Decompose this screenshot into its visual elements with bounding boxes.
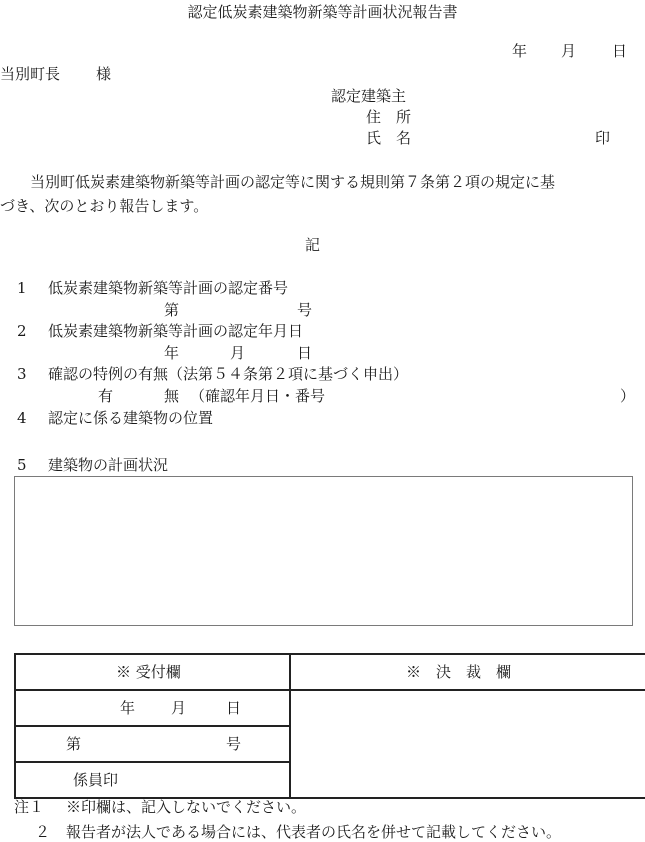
date-day: 日 — [612, 42, 627, 60]
reception-number-cell[interactable]: 第 号 — [15, 726, 290, 762]
item-3-yes: 有 — [98, 387, 113, 405]
item-5-label: 建築物の計画状況 — [48, 456, 168, 474]
item-3-no: 無 — [164, 387, 179, 405]
addressee-honorific: 様 — [96, 65, 111, 83]
item-2-year: 年 — [164, 344, 179, 362]
note-1-number: 注１ — [14, 798, 44, 816]
item-2-day: 日 — [297, 344, 312, 362]
reception-header: ※ 受付欄 — [116, 663, 181, 681]
reception-header-cell: ※ 受付欄 — [15, 654, 290, 690]
addressee-name: 当別町長 — [0, 65, 60, 83]
decision-header: ※ 決 裁 欄 — [406, 663, 511, 681]
item-5-number: 5 — [17, 456, 27, 474]
seal-mark: 印 — [595, 129, 610, 147]
item-1-label: 低炭素建築物新築等計画の認定番号 — [48, 279, 288, 297]
stamp-table: ※ 受付欄 ※ 決 裁 欄 年 月 日 第 号 係員印 — [14, 653, 645, 799]
item-1-number: 1 — [17, 279, 27, 297]
plan-status-box[interactable] — [14, 476, 633, 626]
decision-cell[interactable] — [290, 690, 645, 798]
reception-go: 号 — [226, 735, 241, 753]
item-3-number: 3 — [17, 365, 27, 383]
date-month: 月 — [561, 42, 576, 60]
item-3-close-paren: ） — [620, 387, 635, 405]
ki-heading: 記 — [305, 236, 320, 254]
applicant-label: 認定建築主 — [331, 87, 406, 105]
item-1-dai: 第 — [164, 301, 179, 319]
clerk-seal-label: 係員印 — [73, 771, 118, 789]
item-4-label: 認定に係る建築物の位置 — [48, 409, 213, 427]
reception-year: 年 — [120, 699, 135, 717]
note-1-text: ※印欄は、記入しないでください。 — [66, 798, 306, 816]
note-2-text: 報告者が法人である場合には、代表者の氏名を併せて記載してください。 — [66, 823, 561, 841]
date-year: 年 — [512, 42, 527, 60]
name-label: 氏 名 — [366, 129, 411, 147]
item-3-label: 確認の特例の有無（法第５４条第２項に基づく申出） — [48, 365, 408, 383]
reception-day: 日 — [226, 699, 241, 717]
note-2-number: ２ — [35, 823, 50, 841]
item-2-label: 低炭素建築物新築等計画の認定年月日 — [48, 322, 303, 340]
document-title: 認定低炭素建築物新築等計画状況報告書 — [0, 3, 645, 21]
item-1-go: 号 — [297, 301, 312, 319]
address-label: 住 所 — [366, 108, 411, 126]
reception-month: 月 — [171, 699, 186, 717]
item-2-number: 2 — [17, 322, 27, 340]
item-2-month: 月 — [230, 344, 245, 362]
body-text-line1: 当別町低炭素建築物新築等計画の認定等に関する規則第７条第２項の規定に基 — [30, 173, 555, 191]
body-text-line2: づき、次のとおり報告します。 — [0, 197, 208, 215]
item-3-confirmation-label: （確認年月日・番号 — [190, 387, 325, 405]
reception-dai: 第 — [66, 735, 81, 753]
reception-date-cell[interactable]: 年 月 日 — [15, 690, 290, 726]
clerk-seal-cell[interactable]: 係員印 — [15, 762, 290, 798]
decision-header-cell: ※ 決 裁 欄 — [290, 654, 645, 690]
item-4-number: 4 — [17, 409, 27, 427]
